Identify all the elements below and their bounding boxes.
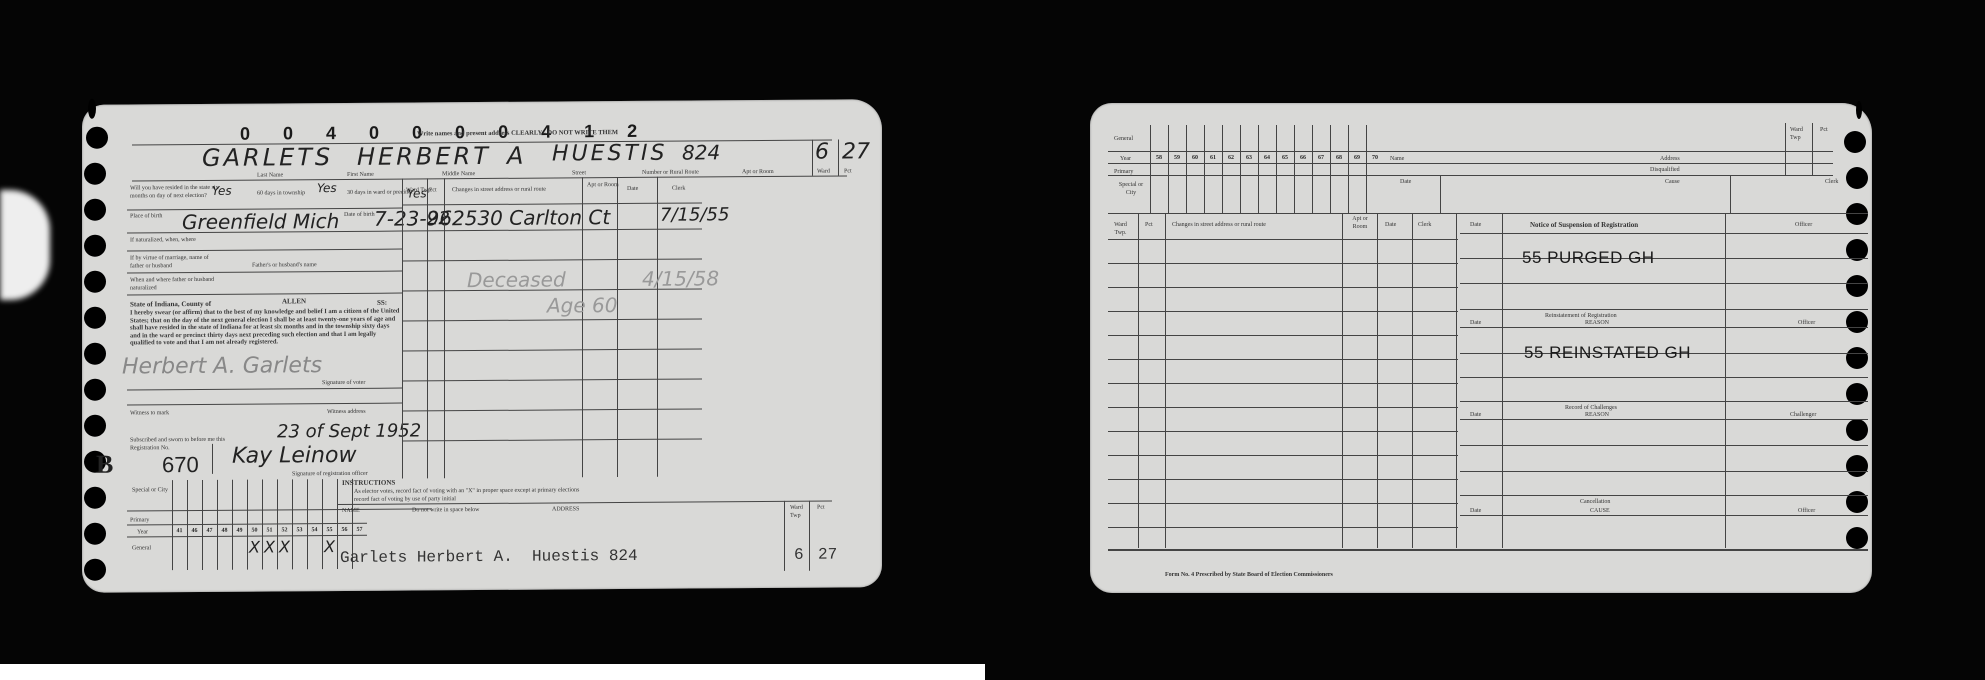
- label-officer-signature: Signature of registration officer: [292, 470, 368, 479]
- rule: [1108, 239, 1458, 240]
- challenges-reason-label: REASON: [1585, 411, 1609, 419]
- row-special: Special or City: [130, 486, 170, 494]
- subscribed-date: 23 of Sept 1952: [277, 420, 421, 442]
- punch-hole: [84, 415, 106, 437]
- rule: [1460, 401, 1868, 402]
- back-label-pct: Pct: [1820, 126, 1828, 134]
- punch-hole: [84, 559, 106, 581]
- punch-hole: [84, 307, 106, 329]
- punch-hole: [1846, 311, 1868, 333]
- county-value: ALLEN: [282, 297, 306, 305]
- change-row-1-date: 7/15/55: [660, 204, 729, 225]
- rule: [1222, 125, 1223, 213]
- suspension-title: Notice of Suspension of Registration: [1530, 221, 1638, 229]
- year-cell: 51: [263, 527, 276, 533]
- back-col-apt: Apt or Room: [1348, 215, 1372, 231]
- year-cell: 49: [233, 528, 246, 534]
- oath-ss: SS:: [377, 299, 387, 307]
- row-primary: Primary: [130, 516, 149, 524]
- rule: [1460, 495, 1868, 496]
- year-cell: 46: [188, 528, 201, 534]
- voter-registration-card-back: General Year Primary Special or City 585…: [1090, 103, 1872, 593]
- year-cell: 61: [1205, 155, 1221, 161]
- rule: [132, 175, 847, 181]
- rule: [337, 479, 338, 569]
- rule: [1108, 479, 1458, 480]
- typed-address: Huestis 824: [532, 547, 638, 566]
- rule: [1330, 125, 1331, 213]
- year-cell: 56: [338, 527, 351, 533]
- year-cell: 66: [1295, 155, 1311, 161]
- punch-hole: [1856, 101, 1862, 119]
- rule: [127, 293, 402, 296]
- rule: [1258, 125, 1259, 213]
- rule: [307, 479, 308, 569]
- footer-label-do-not-write: Do not write in space below: [412, 506, 479, 514]
- rule: [1240, 125, 1241, 213]
- label-naturalized: If naturalized, when, where: [130, 236, 196, 244]
- last-name: GARLETS: [202, 143, 333, 172]
- rule: [1168, 125, 1169, 213]
- year-cell: 64: [1259, 155, 1275, 161]
- rule: [1312, 125, 1313, 213]
- back-col-date: Date: [1385, 221, 1396, 229]
- rule: [1294, 125, 1295, 213]
- col-apt: Apt or Room: [587, 181, 619, 189]
- rule: [1276, 125, 1277, 213]
- year-cell: 50: [248, 528, 261, 534]
- registration-number: 670: [162, 452, 199, 478]
- rule: [247, 480, 248, 570]
- label-middle-name: Middle Name: [442, 170, 475, 178]
- rule: [1812, 123, 1813, 175]
- year-cell: 60: [1187, 155, 1203, 161]
- pct-value: 27: [842, 139, 870, 164]
- back-label-name: Name: [1390, 155, 1404, 163]
- label-pct: Pct: [844, 167, 852, 175]
- glare-artifact: [0, 190, 50, 300]
- rule: [1108, 311, 1458, 312]
- rule: [1785, 123, 1786, 175]
- rule: [1460, 419, 1868, 420]
- col-changes: Changes in street address or rural route: [452, 186, 546, 195]
- punch-hole: [84, 487, 106, 509]
- back-label-date: Date: [1400, 178, 1411, 186]
- label-registration-no: Registration No.: [130, 444, 170, 452]
- label-birth-place: Place of birth: [130, 212, 170, 220]
- rule: [617, 177, 618, 477]
- label-father: Father's or husband's name: [252, 261, 317, 269]
- label-marriage: If by virtue of marriage, name of father…: [130, 254, 210, 271]
- punch-hole: [84, 379, 106, 401]
- rule: [1348, 125, 1349, 213]
- year-cell: 63: [1241, 155, 1257, 161]
- back-label-clerk: Clerk: [1825, 178, 1838, 186]
- typed-ward: 6: [794, 546, 804, 564]
- typed-pct: 27: [818, 546, 837, 564]
- label-last-name: Last Name: [257, 171, 283, 179]
- punch-hole: [86, 127, 108, 149]
- rule: [1460, 515, 1868, 516]
- reinstatement-officer-label: Officer: [1798, 319, 1815, 327]
- ward-value: 6: [815, 140, 829, 165]
- reinstatement-reason-label: REASON: [1585, 319, 1609, 327]
- form-footer: Form No. 4 Prescribed by State Board of …: [1165, 571, 1333, 579]
- vote-mark: X: [324, 537, 335, 556]
- rule: [127, 271, 402, 274]
- rule: [1460, 445, 1868, 446]
- label-residency-township: 60 days in township: [257, 189, 305, 197]
- rule: [1186, 125, 1187, 213]
- year-cell: 69: [1349, 155, 1365, 161]
- label-when-where: When and where father or husband natural…: [130, 276, 230, 293]
- punch-hole: [84, 235, 106, 257]
- punch-hole: [1846, 203, 1868, 225]
- typed-name: Garlets Herbert A.: [340, 548, 513, 567]
- footer-label-ward: Ward Twp: [790, 504, 810, 520]
- year-cell: 41: [173, 528, 186, 534]
- back-label-disqualified: Disqualified: [1650, 166, 1680, 174]
- punch-hole: [84, 523, 106, 545]
- year-cell: 70: [1367, 155, 1383, 161]
- street-name: HUESTIS: [552, 141, 667, 167]
- rule: [1108, 431, 1458, 432]
- label-apt: Apt or Room: [742, 168, 774, 176]
- col-clerk: Clerk: [672, 185, 685, 193]
- rule: [1150, 125, 1151, 213]
- punch-hole: [1846, 419, 1868, 441]
- voter-signature: Herbert A. Garlets: [122, 353, 322, 379]
- cancellation-date-label: Date: [1470, 507, 1481, 515]
- reinstated-stamp: 55 REINSTATED GH: [1524, 343, 1691, 363]
- rule: [127, 388, 402, 391]
- rule: [1108, 455, 1458, 456]
- label-witness-address: Witness address: [327, 408, 366, 416]
- rule: [1366, 125, 1367, 213]
- label-residency-state: Will you have resided in the state six m…: [130, 184, 220, 201]
- middle-initial: A: [507, 142, 523, 170]
- year-cell: 57: [353, 527, 366, 533]
- back-row-general: General: [1114, 135, 1133, 143]
- rule: [1730, 175, 1731, 213]
- footer-label-pct: Pct: [817, 504, 825, 512]
- rule: [1108, 383, 1458, 384]
- suspension-date-label: Date: [1470, 221, 1481, 229]
- year-cell: 59: [1169, 155, 1185, 161]
- rule: [262, 480, 263, 570]
- punch-hole: [84, 271, 106, 293]
- rule: [1460, 309, 1868, 310]
- rule: [187, 480, 188, 570]
- deceased-note: Deceased: [467, 267, 566, 292]
- rule: [1108, 287, 1458, 288]
- rule: [127, 249, 402, 252]
- label-first-name: First Name: [347, 171, 374, 179]
- year-cell: 53: [293, 527, 306, 533]
- rule: [1460, 471, 1868, 472]
- footer-label-address: ADDRESS: [552, 505, 579, 513]
- rule: [1460, 233, 1868, 234]
- challenges-date-label: Date: [1470, 411, 1481, 419]
- rule: [657, 177, 658, 477]
- back-change-rows: [1108, 239, 1458, 549]
- rule: [127, 403, 402, 406]
- challenges-challenger-label: Challenger: [1790, 411, 1816, 419]
- vote-mark: X: [279, 537, 290, 556]
- year-cell: 65: [1277, 155, 1293, 161]
- age-note: Age 60: [547, 293, 618, 317]
- back-col-pct: Pct: [1145, 221, 1153, 229]
- year-cell: 52: [278, 527, 291, 533]
- rule: [202, 480, 203, 570]
- rule: [1108, 527, 1458, 528]
- oath-text: I hereby swear (or affirm) that to the b…: [130, 308, 400, 347]
- header-instruction: Write names and present address CLEARLY …: [417, 129, 618, 138]
- label-ward: Ward: [817, 168, 830, 176]
- label-signature-voter: Signature of voter: [322, 379, 365, 387]
- back-label-cause: Cause: [1665, 178, 1680, 186]
- purged-stamp: 55 PURGED GH: [1522, 248, 1655, 268]
- rule: [1108, 407, 1458, 408]
- year-cell: 48: [218, 528, 231, 534]
- change-row-1-pct: 22: [427, 208, 450, 229]
- reinstatement-date-label: Date: [1470, 319, 1481, 327]
- rule: [1440, 175, 1441, 213]
- rule: [809, 501, 810, 571]
- cancellation-title: Cancellation: [1580, 498, 1610, 506]
- rule: [232, 480, 233, 570]
- vote-mark: X: [264, 537, 275, 556]
- punch-hole: [1846, 167, 1868, 189]
- year-cell: 58: [1151, 155, 1167, 161]
- rule: [217, 480, 218, 570]
- residency-state-value: Yes: [212, 184, 232, 198]
- year-cell: 62: [1223, 155, 1239, 161]
- rule: [1108, 263, 1458, 264]
- back-row-year: Year: [1120, 155, 1131, 163]
- punch-hole: [84, 343, 106, 365]
- rule: [1108, 335, 1458, 336]
- col-date: Date: [627, 185, 638, 193]
- back-year-grid: 58596061626364656667686970: [1150, 125, 1380, 215]
- cancellation-cause-label: CAUSE: [1590, 507, 1610, 515]
- footer-label-name: NAME: [342, 507, 360, 515]
- rule: [1204, 125, 1205, 213]
- rule: [402, 179, 403, 479]
- change-row-1-address: 2530 Carlton Ct: [452, 205, 610, 230]
- punch-hole: [1846, 347, 1868, 369]
- year-cell: 67: [1313, 155, 1329, 161]
- rule: [1108, 503, 1458, 504]
- back-label-address: Address: [1660, 155, 1680, 163]
- instructions-title: INSTRUCTIONS: [342, 479, 395, 487]
- oath-state-county: State of Indiana, County of: [130, 300, 211, 309]
- first-name: HERBERT: [357, 142, 491, 171]
- rule: [1460, 327, 1868, 328]
- vote-mark: X: [249, 538, 260, 557]
- rule: [838, 140, 839, 176]
- col-pct: Pct: [429, 186, 437, 194]
- punch-hole: [1846, 527, 1868, 549]
- year-cell: 68: [1331, 155, 1347, 161]
- registration-letter: B: [96, 450, 113, 480]
- row-general: General: [132, 544, 151, 552]
- punch-hole: [88, 99, 96, 119]
- street-number: 824: [682, 140, 720, 164]
- rule: [1460, 283, 1868, 284]
- year-cell: 55: [323, 527, 336, 533]
- officer-signature: Kay Leinow: [232, 443, 356, 469]
- rule: [212, 444, 213, 474]
- rule: [1460, 377, 1868, 378]
- back-col-clerk: Clerk: [1418, 221, 1431, 229]
- punch-hole: [1846, 455, 1868, 477]
- punch-hole: [1844, 131, 1866, 153]
- cancellation-officer-label: Officer: [1798, 507, 1815, 515]
- residency-township-value: Yes: [317, 181, 337, 195]
- white-strip: [0, 664, 985, 680]
- rule: [812, 140, 813, 176]
- deceased-date: 4/15/58: [642, 266, 719, 291]
- punch-hole: [1846, 275, 1868, 297]
- back-col-ward: Ward Twp.: [1108, 221, 1133, 237]
- rule: [322, 479, 323, 569]
- rule: [784, 501, 785, 571]
- year-cell: 54: [308, 527, 321, 533]
- label-witness-mark: Witness to mark: [130, 409, 169, 417]
- instructions-text-1: As elector votes, record fact of voting …: [354, 486, 579, 496]
- back-row-special: Special or City: [1114, 181, 1148, 197]
- label-street: Street: [572, 169, 586, 177]
- rule: [1108, 359, 1458, 360]
- rule: [277, 479, 278, 569]
- rule: [172, 480, 173, 570]
- back-label-ward: Ward Twp: [1790, 126, 1812, 142]
- punch-hole: [84, 199, 106, 221]
- suspension-officer-label: Officer: [1795, 221, 1812, 229]
- rule: [1502, 213, 1503, 548]
- back-col-changes: Changes in street address or rural route: [1172, 221, 1266, 229]
- year-cell: 47: [203, 528, 216, 534]
- rule: [1725, 213, 1726, 548]
- punch-hole: [84, 163, 106, 185]
- rule: [292, 479, 293, 569]
- rule: [1108, 549, 1868, 551]
- voter-registration-card-front: 0 0 4 0 0 0 0 4 1 2 Write names and pres…: [82, 99, 882, 593]
- row-year: Year: [137, 528, 148, 536]
- label-subscribed: Subscribed and sworn to before me this: [130, 436, 225, 445]
